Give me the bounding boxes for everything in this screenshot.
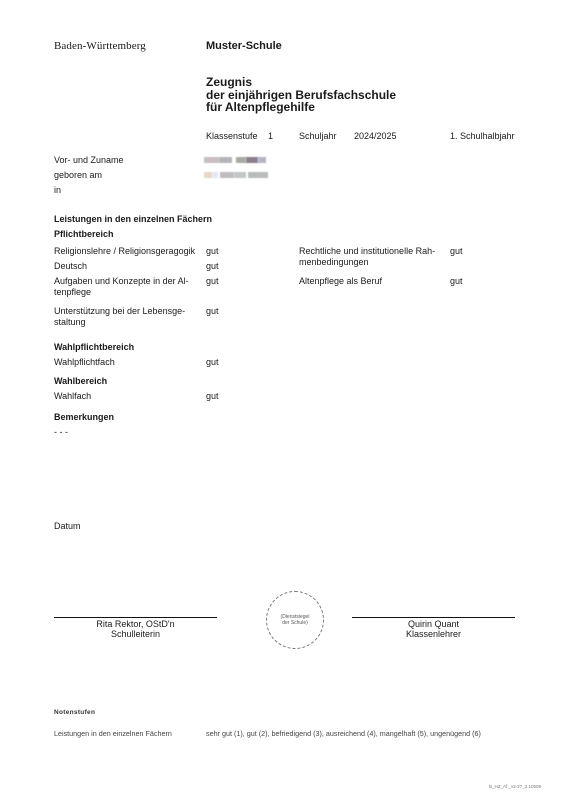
remarks-title: Bemerkungen [54,412,114,422]
subject-deutsch: Deutsch [54,261,87,271]
name-label: Vor- und Zuname [54,155,124,165]
date-label: Datum [54,521,81,531]
teacher-name: Quirin Quant [352,619,515,629]
title-line-3: für Altenpflegehilfe [206,101,315,114]
subject-wahlpflichtfach: Wahlpflichtfach [54,357,115,367]
subject-religion: Religionslehre / Religionsgeragogik [54,246,195,256]
remarks-text: - - - [54,427,68,437]
mandatory-title: Pflichtbereich [54,229,114,239]
grades-section-title: Leistungen in den einzelnen Fächern [54,214,212,224]
grading-scale-title: Notenstufen [54,709,95,716]
principal-name: Rita Rektor, OStD'n [54,619,217,629]
state-name: Baden-Württemberg [54,40,146,52]
subject-wahlfach: Wahlfach [54,391,91,401]
school-year-value: 2024/2025 [354,131,397,141]
principal-role: Schulleiterin [54,629,217,639]
elective-title: Wahlbereich [54,376,107,386]
document-code: B_HZ_Af._v2-27_2.10508 [489,784,541,789]
grade-aufgaben-konzepte: gut [206,276,219,286]
school-name: Muster-Schule [206,40,282,52]
class-level-value: 1 [268,131,273,141]
grade-wahlpflichtfach: gut [206,357,219,367]
grade-wahlfach: gut [206,391,219,401]
official-seal-placeholder: (Dienstsiegel der Schule) [266,591,324,649]
signature-line-principal [54,617,217,618]
title-line-1: Zeugnis [206,76,252,89]
place-label: in [54,185,61,195]
signature-line-teacher [352,617,515,618]
subject-aufgaben-konzepte: Aufgaben und Konzepte in der Al-tenpfleg… [54,276,202,297]
subject-rechtliche-rahmenbedingungen: Rechtliche und institutionelle Rah-menbe… [299,246,449,267]
grade-altenpflege-beruf: gut [450,276,463,286]
grade-rechtliche-rahmenbedingungen: gut [450,246,463,256]
subject-unterstuetzung: Unterstützung bei der Lebensge-staltung [54,306,194,327]
grading-scale-values: sehr gut (1), gut (2), befriedigend (3),… [206,729,481,738]
subject-altenpflege-beruf: Altenpflege als Beruf [299,276,382,286]
school-year-label: Schuljahr [299,131,337,141]
seal-text: (Dienstsiegel der Schule) [281,614,310,626]
grade-religion: gut [206,246,219,256]
class-level-label: Klassenstufe [206,131,258,141]
term: 1. Schulhalbjahr [450,131,515,141]
grade-deutsch: gut [206,261,219,271]
elective-mandatory-title: Wahlpflichtbereich [54,342,134,352]
grading-scale-label: Leistungen in den einzelnen Fächern [54,729,172,738]
teacher-role: Klassenlehrer [352,629,515,639]
birth-label: geboren am [54,170,102,180]
grade-unterstuetzung: gut [206,306,219,316]
